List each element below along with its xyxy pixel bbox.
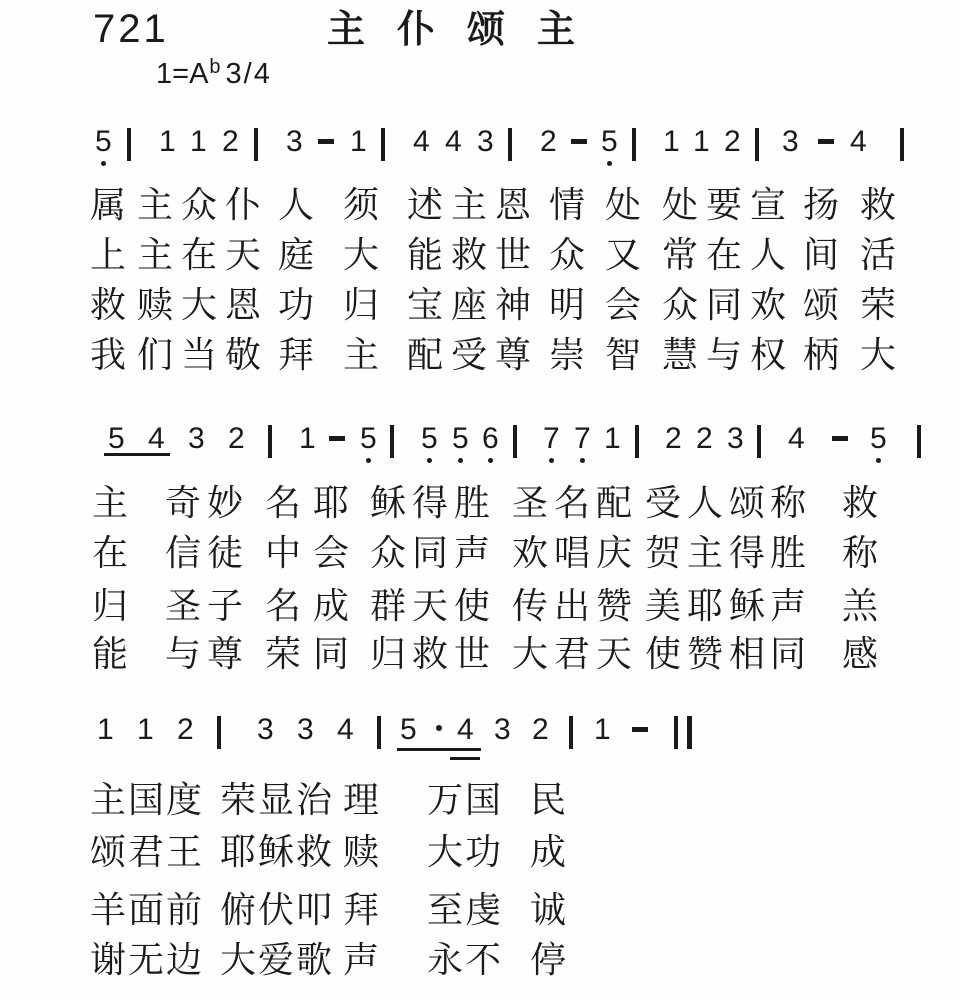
lyric-segment: 众 [549,235,593,275]
lyric-segment: 荣显治 [220,780,334,820]
note-digit: 3 [188,421,205,457]
note-digit: 3 [286,124,303,160]
barline [900,128,904,161]
lyric-segment: 同 [313,634,355,674]
lyric-segment: 谢无边 [90,940,204,980]
final-barline-thick [687,716,692,749]
low-octave-dot [549,458,554,463]
lyric-segment: 名 [265,586,307,626]
lyric-segment: 众同欢 [662,285,794,325]
note-digit: 4 [413,124,430,160]
lyric-segment: 救 [842,483,884,523]
lyric-segment: 间 [803,235,847,275]
note-digit: 5 [108,421,125,457]
notation-line-2: 54321555677122345 [0,421,960,467]
lyric-row-b2-r1: 主奇妙名耶稣得胜圣名配受人颂称救 [0,483,960,525]
note-digit: 1 [137,712,154,748]
lyric-segment: 又 [605,235,649,275]
note-digit: 5 [360,421,377,457]
lyric-segment: 大 [343,235,387,275]
beam-underline [397,748,481,751]
lyric-segment: 常在人 [662,235,794,275]
lyric-segment: 耶 [313,483,355,523]
barline [254,128,258,161]
note-digit: 3 [782,124,799,160]
hymn-sheet-page: 721 主仆颂主 1=Ab3/4 51123144325112345432155… [0,0,960,1000]
beam-underline [450,757,480,760]
hymn-number: 721 [93,8,169,50]
lyric-segment: 会 [313,533,355,573]
note-digit: 2 [724,124,741,160]
lyric-segment: 主国度 [90,780,204,820]
note-digit: 3 [297,712,314,748]
lyric-segment: 停 [530,940,568,980]
duration-dash [571,139,587,144]
note-digit: 3 [477,124,494,160]
lyric-row-b3-r1: 主国度荣显治理万国民 [0,780,960,822]
lyric-segment: 圣名配 [512,483,638,523]
lyric-segment: 信徒 [165,533,249,573]
flat-accidental: b [209,56,220,78]
note-digit: 5 [95,124,112,160]
lyric-segment: 大功 [427,832,503,872]
note-digit: 7 [543,421,560,457]
lyric-segment: 配受尊 [407,335,539,375]
lyric-segment: 崇 [549,335,593,375]
lyric-segment: 声 [770,586,812,626]
lyric-segment: 诚 [530,890,568,930]
lyric-segment: 拜 [278,335,322,375]
lyric-segment: 贺主得 [645,533,771,573]
lyric-segment: 归 [92,586,134,626]
lyric-segment: 大 [860,335,904,375]
lyric-segment: 感 [842,634,884,674]
barline [755,128,759,161]
note-digit: 4 [457,712,474,748]
lyric-segment: 称 [842,533,884,573]
duration-dash [632,727,648,732]
lyric-segment: 声 [343,940,381,980]
lyric-segment: 理 [343,780,381,820]
lyric-row-b2-r2: 在信徒中会众同声欢唱庆贺主得胜称 [0,533,960,575]
low-octave-dot [458,458,463,463]
lyric-segment: 我 [90,335,134,375]
lyric-segment: 人 [278,185,322,225]
lyric-segment: 扬 [803,185,847,225]
lyric-row-b1-r3: 救赎大恩功归宝座神明会众同欢颂荣 [0,285,960,327]
lyric-segment: 柄 [803,335,847,375]
lyric-segment: 成 [313,586,355,626]
note-digit: 7 [574,421,591,457]
low-octave-dot [101,161,106,166]
lyric-segment: 与尊 [165,634,249,674]
note-digit: 5 [400,712,417,748]
note-digit: 5 [870,421,887,457]
duration-dash [318,139,334,144]
time-signature: 3/4 [226,58,272,90]
lyric-segment: 大爱歌 [220,940,334,980]
barline [917,425,921,458]
barline [757,425,761,458]
duration-dash [818,139,834,144]
lyric-segment: 慧与权 [662,335,794,375]
note-digit: 1 [190,124,207,160]
lyric-segment: 们当敬 [137,335,269,375]
note-digit: 2 [177,712,194,748]
note-digit: 6 [482,421,499,457]
barline [635,425,639,458]
lyric-segment: 属 [90,185,134,225]
note-digit: 5 [452,421,469,457]
low-octave-dot [876,458,881,463]
lyric-segment: 上 [90,235,134,275]
key-signature: 1=Ab3/4 [156,57,272,94]
final-barline [674,716,692,749]
lyric-segment: 述主恩 [407,185,539,225]
lyric-segment: 传出赞 [512,586,638,626]
lyric-segment: 民 [530,780,568,820]
note-digit: 2 [540,124,557,160]
augmentation-dot [436,725,442,731]
note-digit: 5 [421,421,438,457]
barline [381,128,385,161]
final-barline-thin [674,716,678,749]
barline [632,128,636,161]
lyric-segment: 明 [549,285,593,325]
barline [513,425,517,458]
lyric-segment: 能 [92,634,134,674]
note-digit: 2 [665,421,682,457]
duration-dash [832,436,848,441]
low-octave-dot [607,161,612,166]
lyric-segment: 救 [860,185,904,225]
note-digit: 1 [663,124,680,160]
note-digit: 3 [494,712,511,748]
lyric-segment: 众同声 [370,533,496,573]
lyric-segment: 在 [92,533,134,573]
lyric-segment: 受人颂 [645,483,771,523]
lyric-row-b3-r2: 颂君王耶稣救赎大功成 [0,832,960,874]
duration-dash [329,436,345,441]
low-octave-dot [580,458,585,463]
lyric-segment: 成 [530,832,568,872]
lyric-segment: 胜 [770,533,812,573]
lyric-segment: 会 [605,285,649,325]
lyric-segment: 能救世 [407,235,539,275]
note-digit: 1 [693,124,710,160]
lyric-segment: 处 [605,185,649,225]
notation-line-1: 5112314432511234 [0,124,960,170]
lyric-segment: 功 [278,285,322,325]
lyric-row-b2-r3: 归圣子名成群天使传出赞美耶稣声羔 [0,586,960,628]
lyric-segment: 中 [265,533,307,573]
lyric-segment: 美耶稣 [645,586,771,626]
note-digit: 1 [299,421,316,457]
note-digit: 1 [159,124,176,160]
barline [217,716,221,749]
lyric-row-b2-r4: 能与尊荣同归救世大君天使赞相同感 [0,634,960,676]
lyric-row-b3-r4: 谢无边大爱歌声永不停 [0,940,960,982]
lyric-segment: 称 [770,483,812,523]
lyric-segment: 主众仆 [137,185,269,225]
low-octave-dot [488,458,493,463]
notation-line-3: 11233454321 [0,712,960,758]
lyric-segment: 同 [770,634,812,674]
note-digit: 3 [727,421,744,457]
lyric-segment: 羊面前 [90,890,204,930]
beam-underline [104,453,170,456]
lyric-segment: 颂 [803,285,847,325]
lyric-segment: 赎 [343,832,381,872]
lyric-segment: 大君天 [512,634,638,674]
note-digit: 1 [97,712,114,748]
lyric-segment: 归 [343,285,387,325]
lyric-segment: 至虔 [427,890,503,930]
note-digit: 4 [850,124,867,160]
low-octave-dot [427,458,432,463]
lyric-segment: 欢唱庆 [512,533,638,573]
lyric-segment: 主 [92,483,134,523]
note-digit: 4 [337,712,354,748]
barline [377,716,381,749]
barline [268,425,272,458]
lyric-segment: 救 [90,285,134,325]
note-digit: 4 [445,124,462,160]
lyric-segment: 荣 [860,285,904,325]
note-digit: 3 [257,712,274,748]
note-digit: 2 [228,421,245,457]
note-digit: 4 [148,421,165,457]
lyric-segment: 庭 [278,235,322,275]
lyric-segment: 俯伏叩 [220,890,334,930]
barline [569,716,573,749]
low-octave-dot [366,458,371,463]
lyric-row-b3-r3: 羊面前俯伏叩拜至虔诚 [0,890,960,932]
lyric-segment: 智 [605,335,649,375]
lyric-segment: 颂君王 [90,832,204,872]
lyric-row-b1-r2: 上主在天庭大能救世众又常在人间活 [0,235,960,277]
lyric-segment: 名 [265,483,307,523]
key-prefix: 1=A [156,58,208,90]
note-digit: 4 [788,421,805,457]
lyric-row-b1-r1: 属主众仆人须述主恩情处处要宣扬救 [0,185,960,227]
lyric-segment: 拜 [343,890,381,930]
lyric-segment: 主在天 [137,235,269,275]
note-digit: 5 [601,124,618,160]
lyric-segment: 宝座神 [407,285,539,325]
lyric-segment: 赎大恩 [137,285,269,325]
lyric-segment: 使赞相 [645,634,771,674]
lyric-segment: 情 [549,185,593,225]
note-digit: 1 [604,421,621,457]
lyric-segment: 群天使 [370,586,496,626]
note-digit: 1 [594,712,611,748]
barline [508,128,512,161]
note-digit: 2 [532,712,549,748]
lyric-segment: 万国 [427,780,503,820]
lyric-segment: 奇妙 [165,483,249,523]
lyric-segment: 圣子 [165,586,249,626]
barline [390,425,394,458]
lyric-segment: 荣 [265,634,307,674]
lyric-row-b1-r4: 我们当敬拜主配受尊崇智慧与权柄大 [0,335,960,377]
lyric-segment: 主 [343,335,387,375]
lyric-segment: 耶稣救 [220,832,334,872]
lyric-segment: 活 [860,235,904,275]
note-digit: 2 [696,421,713,457]
lyric-segment: 须 [343,185,387,225]
note-digit: 1 [350,124,367,160]
lyric-segment: 稣得胜 [370,483,496,523]
lyric-segment: 归救世 [370,634,496,674]
lyric-segment: 羔 [842,586,884,626]
hymn-title: 主仆颂主 [327,9,607,51]
lyric-segment: 永不 [427,940,503,980]
barline [127,128,131,161]
note-digit: 2 [222,124,239,160]
lyric-segment: 处要宣 [662,185,794,225]
